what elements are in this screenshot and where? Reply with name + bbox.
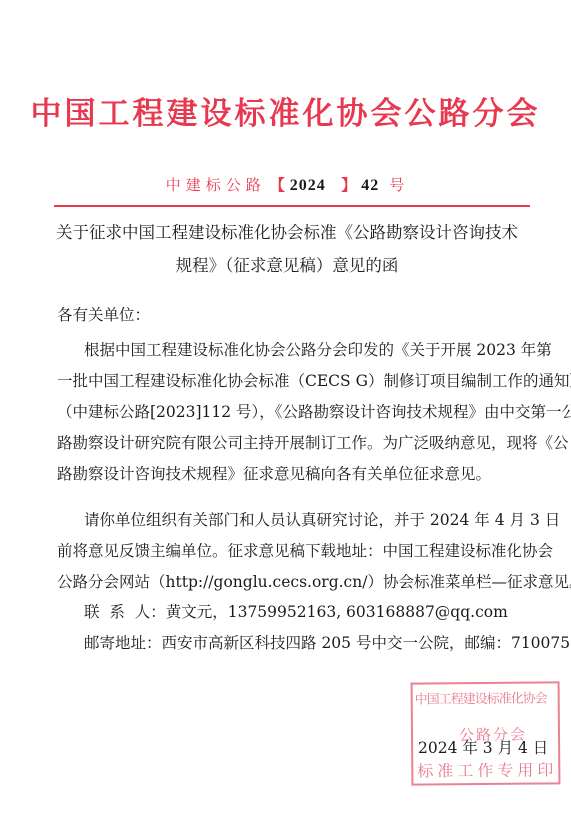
paragraph-line: 路勘察设计研究院有限公司主持开展制订工作。为广泛吸纳意见，现将《公	[57, 428, 477, 459]
paragraph-line: 一批中国工程建设标准化协会标准（CECS G）制修订项目编制工作的通知》	[57, 366, 477, 397]
contact-person: 联 系 人：黄文元，13759952163, 603168887@qq.com	[84, 600, 508, 622]
contact-label: 联 系 人：	[84, 603, 166, 621]
document-number: 中建标公路【2024 】42号	[0, 174, 571, 195]
paragraph-line: 请你单位组织有关部门和人员认真研究讨论，并于 2024 年 4 月 3 日	[57, 505, 477, 536]
download-url-line: 公路分会网站（http://gonglu.cecs.org.cn/）协会标准菜单…	[57, 567, 477, 598]
paragraph-line: 路勘察设计咨询技术规程》征求意见稿向各有关单位征求意见。	[57, 459, 477, 490]
doc-number-year: 2024	[290, 177, 326, 194]
doc-number-number: 42	[361, 177, 379, 194]
doc-number-close-bracket: 】	[341, 176, 357, 194]
subject-line-1: 关于征求中国工程建设标准化协会标准《公路勘察设计咨询技术	[54, 216, 520, 249]
subject-line-2: 规程》（征求意见稿）意见的函	[54, 249, 520, 282]
official-seal-stamp: 中国工程建设标准化协会 公路分会 标准工作专用印	[411, 681, 561, 785]
salutation: 各有关单位：	[57, 303, 150, 325]
stamp-purpose: 标准工作专用印	[417, 757, 557, 781]
mailing-address: 邮寄地址：西安市高新区科技四路 205 号中交一公院，邮编：710075	[84, 631, 570, 653]
paragraph-2: 请你单位组织有关部门和人员认真研究讨论，并于 2024 年 4 月 3 日 前将…	[57, 505, 477, 598]
paragraph-line: 前将意见反馈主编单位。征求意见稿下载地址：中国工程建设标准化协会	[57, 536, 477, 567]
letter-subject: 关于征求中国工程建设标准化协会标准《公路勘察设计咨询技术 规程》（征求意见稿）意…	[54, 216, 520, 282]
issue-date: 2024 年 3 月 4 日	[418, 736, 548, 758]
paragraph-1: 根据中国工程建设标准化协会公路分会印发的《关于开展 2023 年第 一批中国工程…	[57, 335, 477, 490]
doc-number-prefix: 中建标公路	[166, 176, 266, 194]
paragraph-line: （中建标公路[2023]112 号），《公路勘察设计咨询技术规程》由中交第一公	[57, 397, 477, 428]
organization-title: 中国工程建设标准化协会公路分会	[0, 88, 571, 133]
paragraph-line: 根据中国工程建设标准化协会公路分会印发的《关于开展 2023 年第	[57, 335, 477, 366]
doc-number-suffix: 号	[389, 176, 405, 194]
address-label: 邮寄地址：	[84, 634, 162, 652]
red-divider-line	[54, 205, 530, 207]
contact-value: 黄文元，13759952163, 603168887@qq.com	[166, 603, 508, 621]
doc-number-open-bracket: 【	[270, 176, 286, 194]
address-value: 西安市高新区科技四路 205 号中交一公院，邮编：710075	[162, 634, 571, 652]
stamp-organization: 中国工程建设标准化协会	[415, 687, 547, 707]
